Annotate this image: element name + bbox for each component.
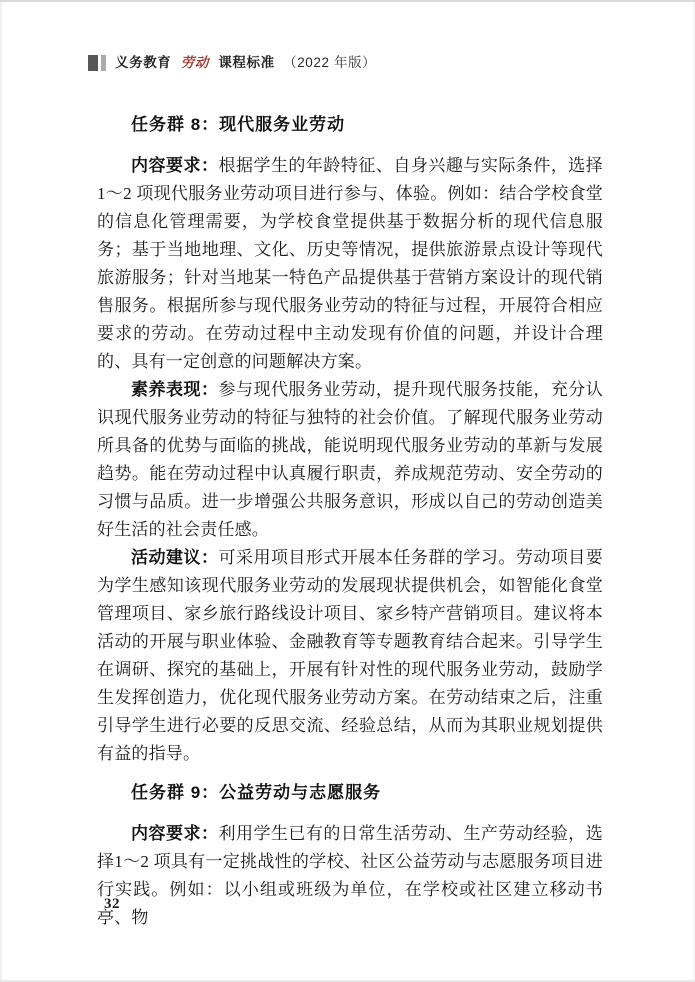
section-heading: 任务群 8：现代服务业劳动 (97, 114, 603, 136)
paragraph-label: 活动建议： (131, 548, 218, 567)
running-header-title: 义务教育 劳动 课程标准 （2022 年版） (115, 54, 376, 72)
running-header: 义务教育 劳动 课程标准 （2022 年版） (88, 54, 376, 72)
header-edition-label: （2022 年版） (283, 55, 376, 70)
paragraph-content-requirements: 内容要求：根据学生的年龄特征、自身兴趣与实际条件，选择1～2 项现代服务业劳动项… (97, 152, 603, 376)
header-mark-light-icon (101, 55, 106, 71)
header-title-suffix: 课程标准 (218, 55, 274, 70)
section-heading: 任务群 9：公益劳动与志愿服务 (97, 782, 603, 804)
paragraph-activity-suggestions: 活动建议：可采用项目形式开展本任务群的学习。劳动项目要为学生感知该现代服务业劳动… (97, 544, 603, 768)
paragraph-text: 参与现代服务业劳动，提升现代服务技能，充分认识现代服务业劳动的特征与独特的社会价… (97, 380, 603, 539)
header-mark-dark-icon (88, 55, 98, 71)
paragraph-content-requirements: 内容要求：利用学生已有的日常生活劳动、生产劳动经验，选择1～2 项具有一定挑战性… (97, 820, 603, 932)
paragraph-text: 根据学生的年龄特征、自身兴趣与实际条件，选择1～2 项现代服务业劳动项目进行参与… (97, 156, 603, 371)
section-task-group-8: 任务群 8：现代服务业劳动 内容要求：根据学生的年龄特征、自身兴趣与实际条件，选… (97, 114, 603, 768)
section-task-group-9: 任务群 9：公益劳动与志愿服务 内容要求：利用学生已有的日常生活劳动、生产劳动经… (97, 782, 603, 932)
header-title-prefix: 义务教育 (115, 55, 171, 70)
paragraph-text: 可采用项目形式开展本任务群的学习。劳动项目要为学生感知该现代服务业劳动的发展现状… (97, 548, 603, 763)
header-subject-name: 劳动 (181, 55, 209, 70)
page-number: 32 (104, 896, 120, 913)
paragraph-competency-performance: 素养表现：参与现代服务业劳动，提升现代服务技能，充分认识现代服务业劳动的特征与独… (97, 376, 603, 544)
paragraph-label: 素养表现： (131, 380, 218, 399)
document-page: 义务教育 劳动 课程标准 （2022 年版） 任务群 8：现代服务业劳动 内容要… (0, 0, 695, 982)
page-body: 任务群 8：现代服务业劳动 内容要求：根据学生的年龄特征、自身兴趣与实际条件，选… (97, 114, 603, 932)
paragraph-label: 内容要求： (131, 156, 218, 175)
paragraph-label: 内容要求： (131, 824, 218, 843)
